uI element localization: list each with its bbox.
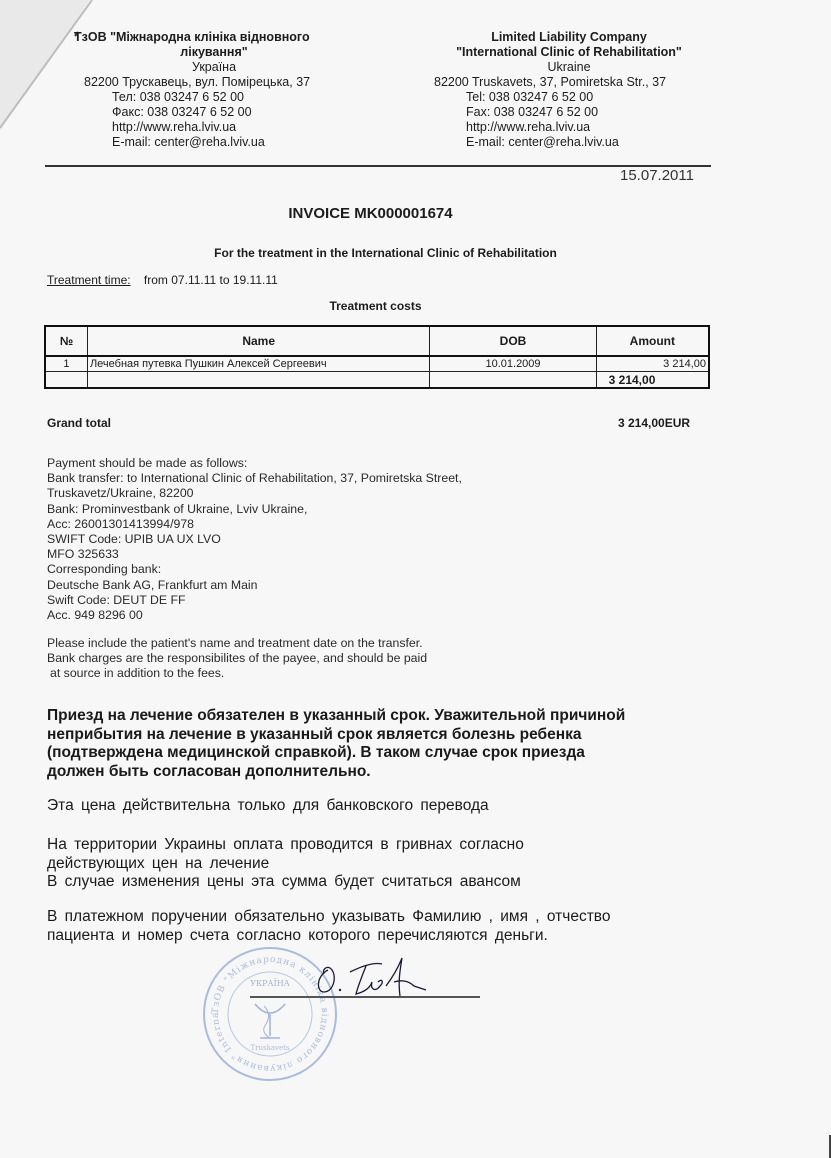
currency-note: На территории Украины оплата проводится … bbox=[47, 836, 524, 892]
grand-total-label: Grand total bbox=[47, 416, 111, 430]
col-header-amount: Amount bbox=[596, 326, 709, 356]
arrival-conditions: Приезд на лечение обязателен в указанный… bbox=[47, 707, 625, 781]
header-divider bbox=[45, 165, 711, 167]
country-uk: Україна bbox=[74, 60, 354, 75]
company-name-uk: ТзОВ "Міжнародна клініка відновного bbox=[74, 30, 354, 45]
payment-line: Swift Code: DEUT DE FF bbox=[47, 593, 462, 608]
table-header-row: № Name DOB Amount bbox=[45, 326, 709, 356]
treatment-costs-table: № Name DOB Amount 1 Лечебная путевка Пуш… bbox=[44, 325, 710, 389]
website-uk[interactable]: http://www.reha.lviv.ua bbox=[74, 120, 354, 135]
payment-line: MFO 325633 bbox=[47, 547, 462, 562]
grand-total-value: 3 214,00EUR bbox=[618, 416, 690, 430]
tel-en: Tel: 038 03247 6 52 00 bbox=[434, 90, 704, 105]
treatment-time: Treatment time: from 07.11.11 to 19.11.1… bbox=[47, 273, 278, 287]
company-name-en-line2: "International Clinic of Rehabilitation" bbox=[434, 45, 704, 60]
note-line: Bank charges are the responsibilites of … bbox=[47, 651, 427, 666]
svg-text:ТзОВ "Міжнародна клініка відно: ТзОВ "Міжнародна клініка відновного ліку… bbox=[200, 944, 329, 1073]
payment-line: Deutsche Bank AG, Frankfurt am Main bbox=[47, 578, 462, 593]
col-header-dob: DOB bbox=[430, 326, 596, 356]
payment-line: Corresponding bank: bbox=[47, 562, 462, 577]
clinic-stamp-icon: ТзОВ "Міжнародна клініка відновного ліку… bbox=[200, 944, 340, 1084]
invoice-title: INVOICE MK000001674 bbox=[0, 205, 831, 222]
payment-line: Bank: Prominvestbank of Ukraine, Lviv Uk… bbox=[47, 502, 462, 517]
company-name-uk-line2: лікування" bbox=[74, 45, 354, 60]
signature-line bbox=[250, 996, 480, 998]
payment-line: Truskavetz/Ukraine, 82200 bbox=[47, 486, 462, 501]
svg-text:УКРАЇНА: УКРАЇНА bbox=[250, 979, 290, 988]
country-en: Ukraine bbox=[434, 60, 704, 75]
header-right: Limited Liability Company "International… bbox=[434, 30, 704, 150]
cell-name: Лечебная путевка Пушкин Алексей Сергееви… bbox=[87, 356, 429, 372]
company-name-en: Limited Liability Company bbox=[434, 30, 704, 45]
website-en[interactable]: http://www.reha.lviv.ua bbox=[434, 120, 704, 135]
tel-uk: Тел: 038 03247 6 52 00 bbox=[74, 90, 354, 105]
invoice-page: ТзОВ "Міжнародна клініка відновного ліку… bbox=[0, 0, 831, 1158]
treatment-time-value: from 07.11.11 to 19.11.11 bbox=[144, 273, 278, 287]
svg-text:Truskavets: Truskavets bbox=[250, 1044, 289, 1052]
table-total: 3 214,00 bbox=[596, 372, 709, 389]
note-line: Please include the patient's name and tr… bbox=[47, 636, 427, 651]
signature-icon bbox=[310, 952, 440, 1002]
table-total-row: 3 214,00 bbox=[45, 372, 709, 389]
cell-no: 1 bbox=[45, 356, 87, 372]
payment-line: Acc. 949 8296 00 bbox=[47, 608, 462, 623]
col-header-no: № bbox=[45, 326, 87, 356]
cell-dob: 10.01.2009 bbox=[430, 356, 596, 372]
fax-uk: Факс: 038 03247 6 52 00 bbox=[74, 105, 354, 120]
payment-order-note: В платежном поручении обязательно указыв… bbox=[47, 908, 611, 945]
address-en: 82200 Truskavets, 37, Pomiretska Str., 3… bbox=[434, 75, 704, 90]
col-header-name: Name bbox=[87, 326, 429, 356]
payment-line: SWIFT Code: UPIB UA UX LVO bbox=[47, 532, 462, 547]
note-line: at source in addition to the fees. bbox=[47, 666, 427, 681]
email-uk[interactable]: E-mail: center@reha.lviv.ua bbox=[74, 135, 354, 150]
payment-line: Payment should be made as follows: bbox=[47, 456, 462, 471]
email-en[interactable]: E-mail: center@reha.lviv.ua bbox=[434, 135, 704, 150]
transfer-notes: Please include the patient's name and tr… bbox=[47, 636, 427, 682]
cell-amount: 3 214,00 bbox=[596, 356, 709, 372]
header-left: ТзОВ "Міжнародна клініка відновного ліку… bbox=[74, 30, 354, 150]
fax-en: Fax: 038 03247 6 52 00 bbox=[434, 105, 704, 120]
bank-only-note: Эта цена действительна только для банков… bbox=[47, 797, 489, 816]
table-row: 1 Лечебная путевка Пушкин Алексей Сергее… bbox=[45, 356, 709, 372]
payment-instructions: Payment should be made as follows: Bank … bbox=[47, 456, 462, 623]
payment-line: Acc: 26001301413994/978 bbox=[47, 517, 462, 532]
payment-line: Bank transfer: to International Clinic o… bbox=[47, 471, 462, 486]
invoice-subtitle: For the treatment in the International C… bbox=[0, 246, 831, 260]
treatment-time-label: Treatment time: bbox=[47, 273, 131, 287]
invoice-date: 15.07.2011 bbox=[620, 167, 694, 184]
address-uk: 82200 Трускавець, вул. Помірецька, 37 bbox=[74, 75, 354, 90]
treatment-costs-title: Treatment costs bbox=[0, 299, 831, 313]
